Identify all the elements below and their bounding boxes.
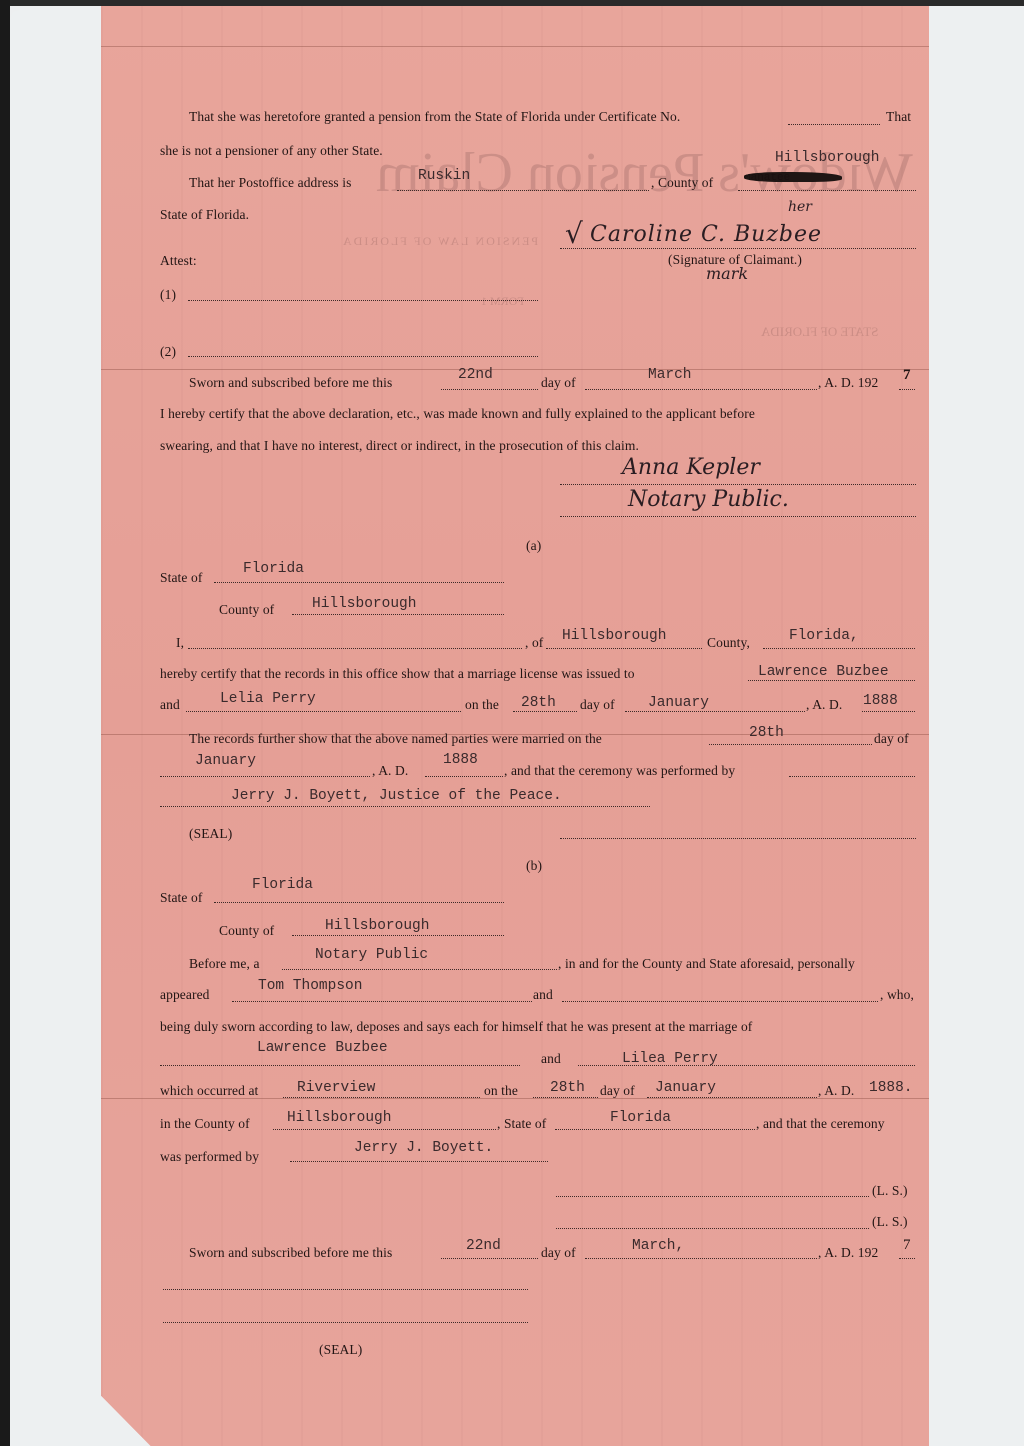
officer-field[interactable] <box>282 969 557 970</box>
before-me-label: Before me, a <box>189 956 260 972</box>
sworn-day-value-b: 22nd <box>466 1238 501 1254</box>
witness-1-signature-line[interactable] <box>556 1196 869 1197</box>
month-value-b: January <box>655 1080 716 1096</box>
bleed-state: STATE OF FLORIDA <box>761 324 878 340</box>
ceremony-label-a: , and that the ceremony was performed by <box>504 763 735 779</box>
postoffice-label: That her Postoffice address is <box>189 175 351 191</box>
sworn-day-value: 22nd <box>458 367 493 383</box>
state-field-b[interactable] <box>214 902 504 903</box>
married-day-field[interactable] <box>709 744 872 745</box>
day-of-label-b: day of <box>600 1083 635 1099</box>
claimant-check-mark: √ <box>565 217 583 250</box>
in-state-value: Florida <box>610 1110 671 1126</box>
scanner-edge-left <box>0 0 10 1446</box>
groom-value-b: Lawrence Buzbee <box>257 1040 388 1056</box>
clerk-name-field[interactable] <box>188 648 522 649</box>
performed-by-value: Jerry J. Boyett. <box>354 1140 493 1156</box>
groom-field-a[interactable] <box>748 680 915 681</box>
day-value-b: 28th <box>550 1080 585 1096</box>
license-day-value: 28th <box>521 695 556 711</box>
state-value-b: Florida <box>252 877 313 893</box>
sworn-month-value: March <box>648 367 692 383</box>
state-of-label-a: State of <box>160 570 202 586</box>
officiant-field-a[interactable] <box>160 806 650 807</box>
in-county-label: in the County of <box>160 1116 250 1132</box>
sworn-day-field[interactable] <box>441 389 538 390</box>
in-county-value: Hillsborough <box>287 1110 391 1126</box>
postoffice-field[interactable] <box>397 190 649 191</box>
section-a-marker: (a) <box>526 538 541 554</box>
aforesaid-text: , in and for the County and State afores… <box>558 956 855 972</box>
sworn-label-b: Sworn and subscribed before me this <box>189 1245 392 1261</box>
groom-field-b[interactable] <box>160 1065 520 1066</box>
sworn-ad-label-b: , A. D. 192 <box>818 1245 878 1261</box>
postoffice-value: Ruskin <box>418 168 470 184</box>
claimant-signature-line[interactable] <box>560 248 916 249</box>
seal-label-b: (SEAL) <box>319 1342 362 1358</box>
county-word: County, <box>707 635 750 651</box>
performed-by-label: was performed by <box>160 1149 259 1165</box>
county-field-a[interactable] <box>292 614 504 615</box>
on-the-label-a: on the <box>465 697 499 713</box>
county-of-label-b: County of <box>219 923 274 939</box>
of-state-field[interactable] <box>763 648 915 649</box>
ceremony-by-field[interactable] <box>789 776 915 777</box>
county-value-a: Hillsborough <box>312 596 416 612</box>
on-the-label-b: on the <box>484 1083 518 1099</box>
of-county-field[interactable] <box>546 648 702 649</box>
witness-2-signature-line[interactable] <box>556 1228 869 1229</box>
groom-value-a: Lawrence Buzbee <box>758 664 889 680</box>
in-state-field[interactable] <box>555 1129 755 1130</box>
license-year-field[interactable] <box>862 711 915 712</box>
license-month-field[interactable] <box>625 711 805 712</box>
appeared-label: appeared <box>160 987 210 1003</box>
certify-line-1: I hereby certify that the above declarat… <box>160 406 755 422</box>
bride-value-a: Lelia Perry <box>220 691 316 707</box>
county-value-b: Hillsborough <box>325 918 429 934</box>
sworn-day-of-label-b: day of <box>541 1245 576 1261</box>
sworn-month-value-b: March, <box>632 1238 684 1254</box>
state-field-a[interactable] <box>214 582 504 583</box>
day-of-end-label: day of <box>874 731 909 747</box>
license-day-field[interactable] <box>513 711 577 712</box>
married-day-value: 28th <box>749 725 784 741</box>
place-field[interactable] <box>283 1097 480 1098</box>
year-value-b: 1888. <box>869 1080 913 1096</box>
attest-1-label: (1) <box>160 287 176 303</box>
pension-certificate-text: That she was heretofore granted a pensio… <box>189 109 680 125</box>
county-struck-value: Manatee <box>744 172 842 182</box>
married-month-value: January <box>195 753 256 769</box>
sworn-day-field-b[interactable] <box>441 1258 538 1259</box>
witness-1-value: Tom Thompson <box>258 978 362 994</box>
section-b-marker: (b) <box>526 858 542 874</box>
attest-1-field[interactable] <box>188 300 538 301</box>
ls-2-label: (L. S.) <box>872 1214 908 1230</box>
state-of-florida-text: State of Florida. <box>160 207 249 223</box>
sworn-label: Sworn and subscribed before me this <box>189 375 392 391</box>
notary-title-line[interactable] <box>560 516 916 517</box>
in-county-field[interactable] <box>273 1129 496 1130</box>
occurred-at-label: which occurred at <box>160 1083 258 1099</box>
duly-sworn-text: being duly sworn according to law, depos… <box>160 1019 752 1035</box>
fold-line-upper <box>101 369 929 370</box>
county-of-label-a: County of <box>219 602 274 618</box>
sworn-year-field-b[interactable] <box>899 1258 915 1259</box>
sworn-month-field[interactable] <box>585 389 817 390</box>
and-label-b: and <box>533 987 553 1003</box>
sworn-year-field[interactable] <box>899 389 915 390</box>
attest-label: Attest: <box>160 253 197 269</box>
sworn-year-suffix: 7 <box>903 367 911 384</box>
of-label: , of <box>525 635 543 651</box>
ls-1-label: (L. S.) <box>872 1183 908 1199</box>
bride-value-b: Lilea Perry <box>622 1051 718 1067</box>
license-month-value: January <box>648 695 709 711</box>
who-label: , who, <box>880 987 914 1003</box>
ad2-label-a: , A. D. <box>372 763 408 779</box>
clerk-signature-line[interactable] <box>560 838 916 839</box>
day-of-label: day of <box>541 375 576 391</box>
ad-label-a: , A. D. <box>806 697 842 713</box>
officer-value: Notary Public <box>315 947 428 963</box>
county-value: Hillsborough <box>775 150 879 166</box>
married-month-field[interactable] <box>160 776 370 777</box>
state-of-label-b: State of <box>160 890 202 906</box>
notary-signature: Anna Kepler <box>622 455 760 480</box>
county-label: , County of <box>651 175 713 191</box>
i-label: I, <box>176 635 184 651</box>
claimant-signature: Caroline C. Buzbee <box>590 222 822 247</box>
that-text: That <box>886 109 911 125</box>
ad-label-b: , A. D. <box>818 1083 854 1099</box>
seal-label-a: (SEAL) <box>189 826 232 842</box>
not-pensioner-text: she is not a pensioner of any other Stat… <box>160 143 383 159</box>
witness-1-field[interactable] <box>232 1001 532 1002</box>
state-value-a: Florida <box>243 561 304 577</box>
county-field[interactable] <box>738 190 916 191</box>
ceremony-label-b: , and that the ceremony <box>756 1116 885 1132</box>
and2-label-b: and <box>541 1051 561 1067</box>
license-certify-text: hereby certify that the records in this … <box>160 666 635 682</box>
officiant-value-a: Jerry J. Boyett, Justice of the Peace. <box>231 788 562 804</box>
ad-label: , A. D. 192 <box>818 375 878 391</box>
state-of-label-b2: , State of <box>497 1116 546 1132</box>
certificate-number-field[interactable] <box>788 124 880 125</box>
place-value: Riverview <box>297 1080 375 1096</box>
sworn-year-suffix-b: 7 <box>903 1237 911 1254</box>
county-field-b[interactable] <box>292 935 504 936</box>
bleed-subtitle: PENSION LAW OF FLORIDA <box>341 234 538 249</box>
witness-2-field[interactable] <box>562 1001 878 1002</box>
bleed-form: FORM 1 <box>481 294 524 309</box>
signature-her: her <box>788 199 812 215</box>
notary-title-line-b[interactable] <box>163 1322 528 1323</box>
month-field-b[interactable] <box>647 1097 817 1098</box>
records-further-text: The records further show that the above … <box>189 731 602 747</box>
day-field-b[interactable] <box>533 1097 598 1098</box>
performed-by-field[interactable] <box>290 1161 548 1162</box>
fold-line-top <box>101 46 929 47</box>
and-label-a: and <box>160 697 180 713</box>
of-state-value: Florida, <box>789 628 859 644</box>
license-year-value: 1888 <box>863 693 898 709</box>
scanner-edge-top <box>0 0 1024 6</box>
sworn-month-field-b[interactable] <box>585 1258 817 1259</box>
day-of-label-a: day of <box>580 697 615 713</box>
notary-signature-line-b[interactable] <box>163 1289 528 1290</box>
signature-mark: mark <box>706 264 748 283</box>
bride-field-a[interactable] <box>186 711 461 712</box>
of-county-value: Hillsborough <box>562 628 666 644</box>
married-year-field[interactable] <box>425 776 503 777</box>
notary-title: Notary Public. <box>628 487 789 512</box>
attest-2-label: (2) <box>160 344 176 360</box>
notary-signature-line[interactable] <box>560 484 916 485</box>
married-year-value: 1888 <box>443 752 478 768</box>
attest-2-field[interactable] <box>188 356 538 357</box>
certify-line-2: swearing, and that I have no interest, d… <box>160 438 639 454</box>
